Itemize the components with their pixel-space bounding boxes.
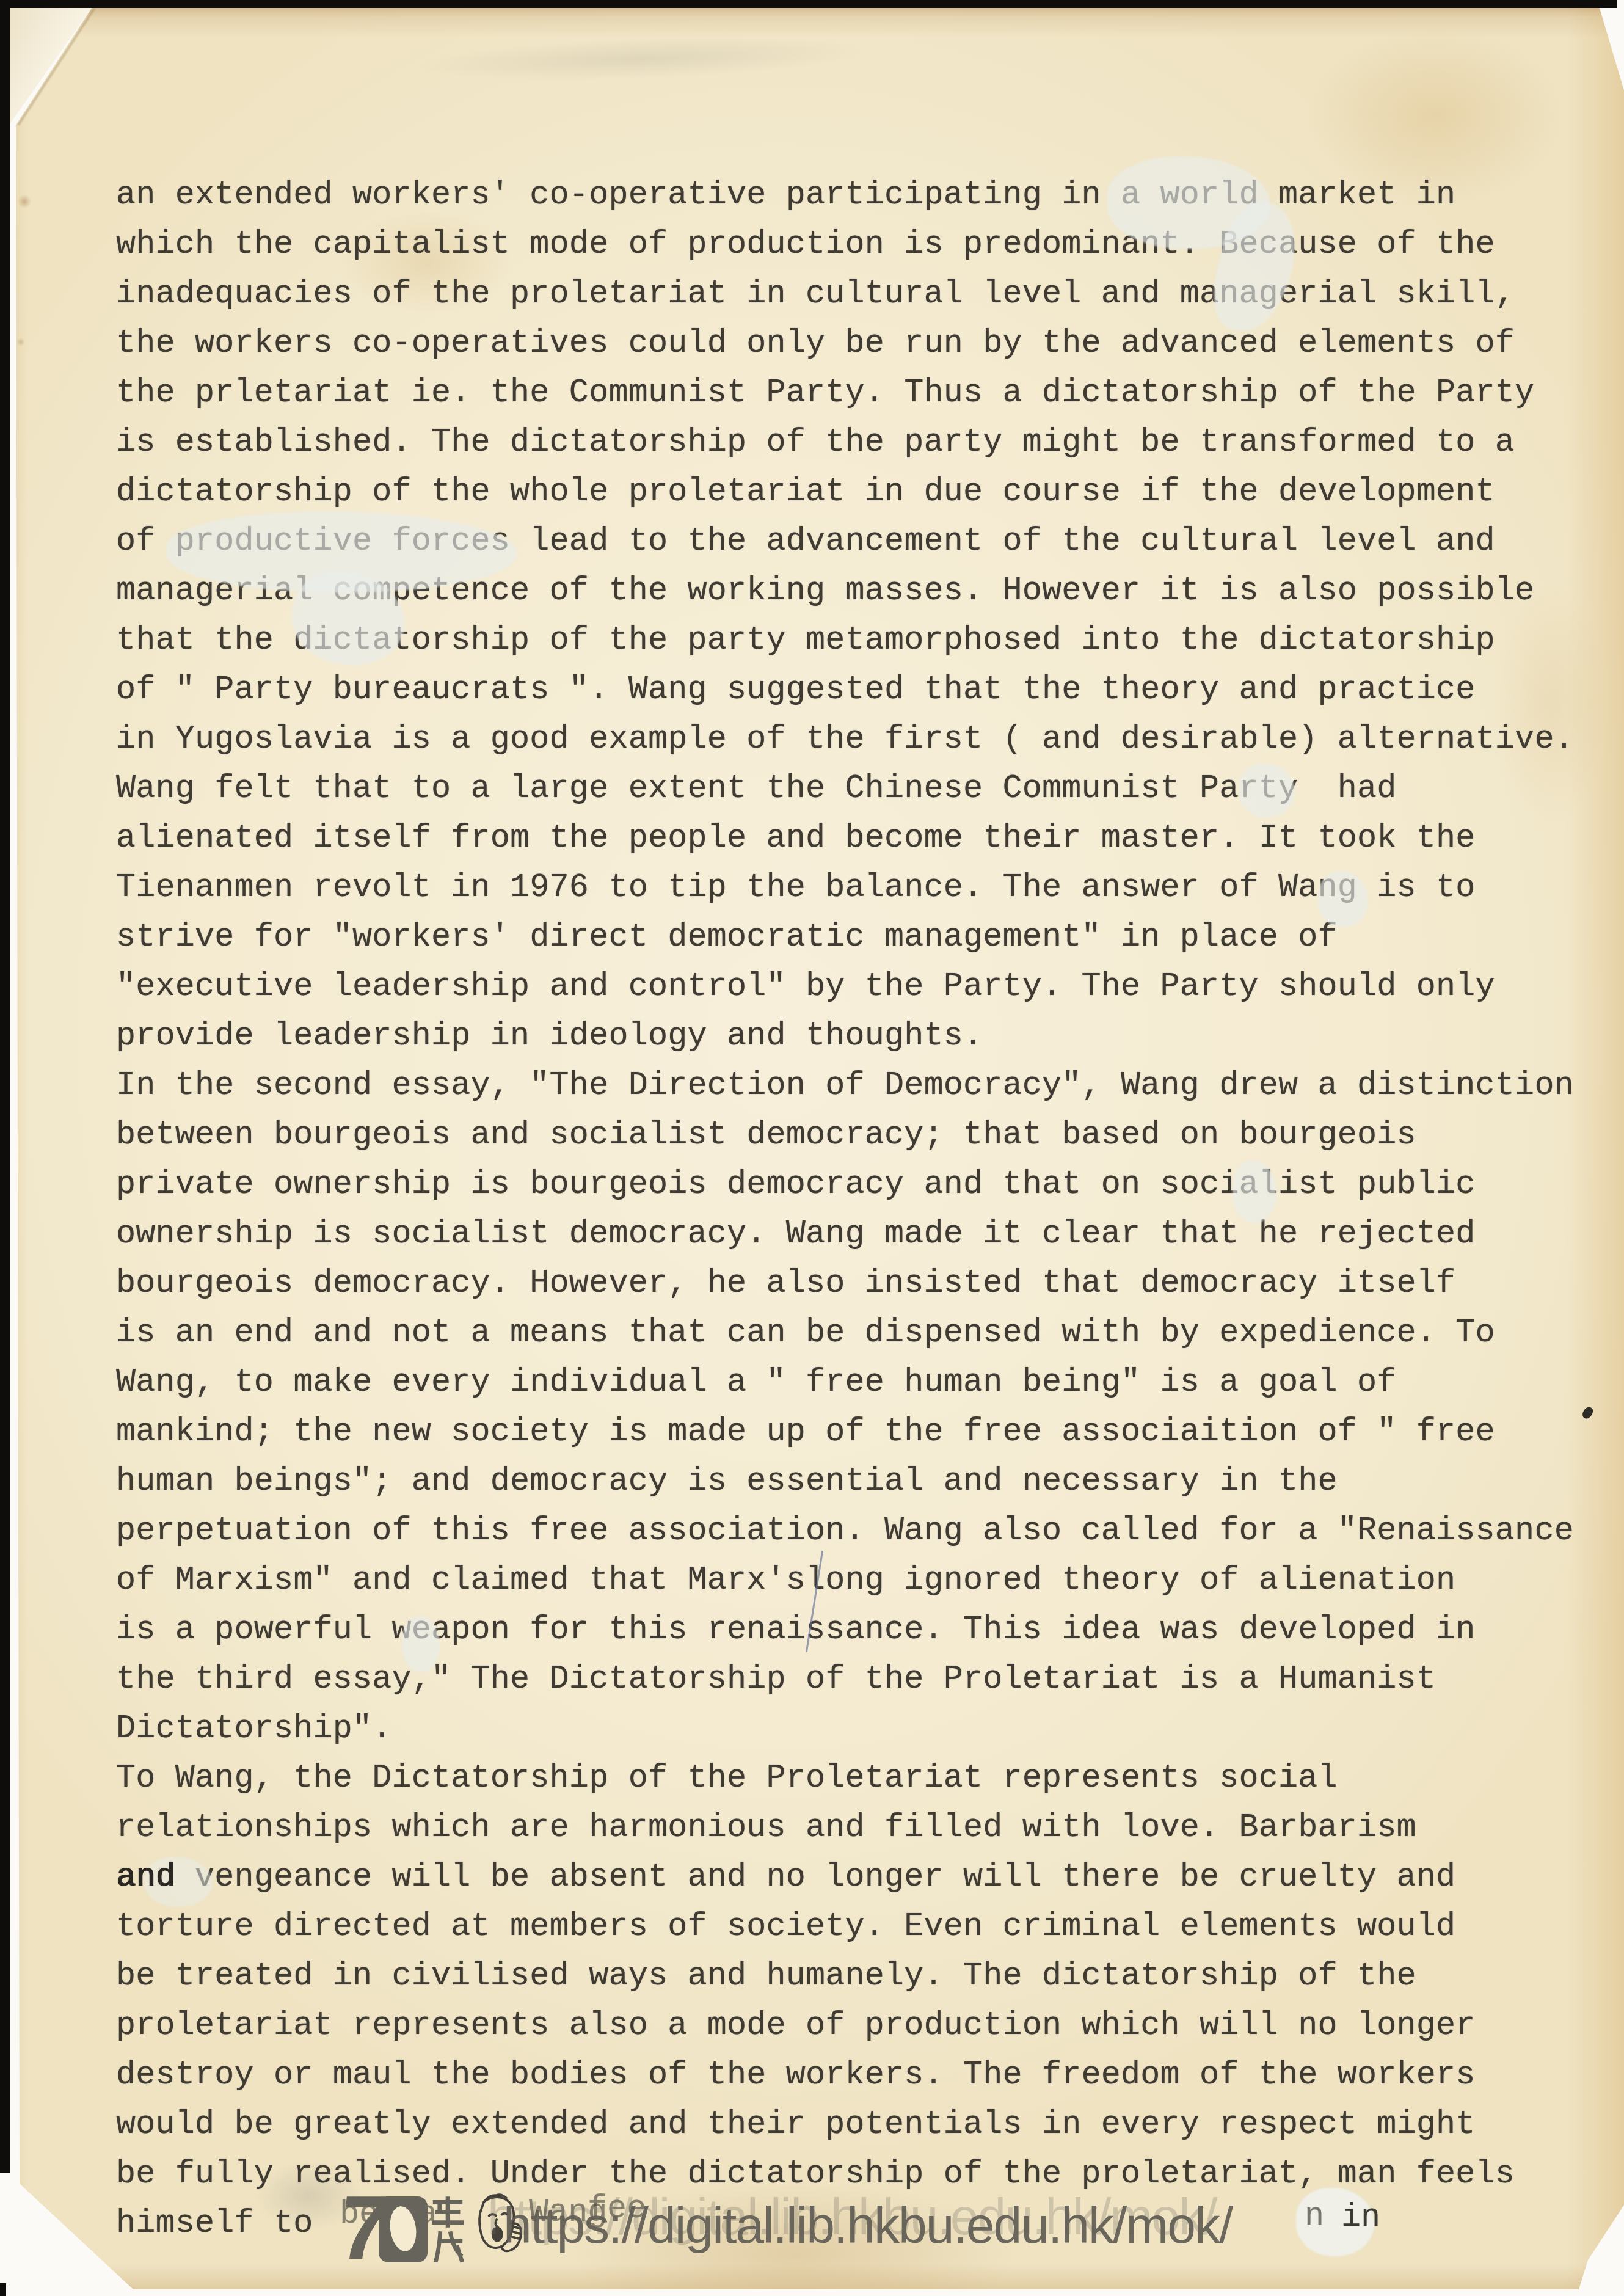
seventies-logo-chinese-chars bbox=[431, 2195, 464, 2264]
scanned-page: an extended workers' co-operative partic… bbox=[0, 0, 1624, 2296]
watermark-url: https://digital.lib.hkbu.edu.hk/mok/ bbox=[503, 2192, 1232, 2259]
paper-sheet: an extended workers' co-operative partic… bbox=[0, 0, 1624, 2296]
scan-edge-left bbox=[0, 0, 10, 2173]
scan-edge-top bbox=[0, 0, 1617, 8]
typed-fragment: in bbox=[1341, 2199, 1380, 2236]
seventies-logo-zero-block bbox=[379, 2196, 428, 2262]
scan-edge-notch bbox=[0, 2283, 6, 2296]
watermark-band: be ma Wang fee n in 7 bbox=[0, 0, 1624, 2296]
obscured-typed-fragment: n bbox=[1305, 2198, 1324, 2235]
